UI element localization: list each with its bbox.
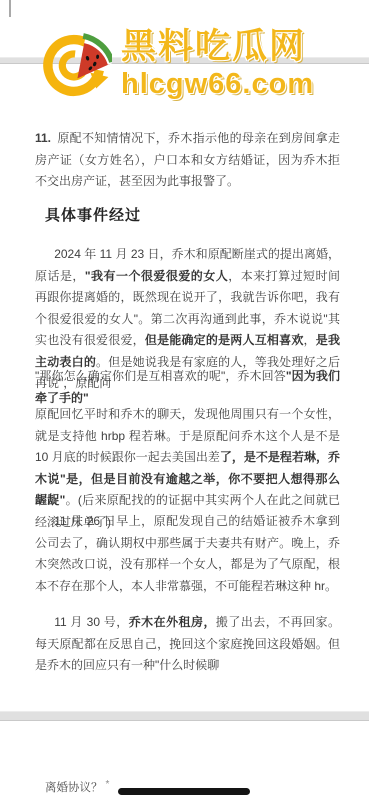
paragraph-holding-hands-quote: "那你怎么确定你们是互相喜欢的呢"，乔木回答"因为我们牵了手的" bbox=[35, 366, 340, 409]
required-marker: * bbox=[106, 779, 110, 790]
list-item-number: 11. bbox=[35, 131, 51, 145]
list-item-text: 原配不知情情况下，乔木指示他的母亲在到房间拿走房产证（女方姓名），户口本和女方结… bbox=[35, 131, 340, 188]
watermelon-logo-icon bbox=[40, 26, 112, 102]
page-edge-tick bbox=[9, 0, 11, 17]
page-gap-divider-bottom bbox=[0, 711, 369, 721]
section-heading: 具体事件经过 bbox=[45, 204, 141, 225]
paragraph-nov-26: 11 月 26 日早上，原配发现自己的结婚证被乔木拿到公司去了，确认期权中那些属… bbox=[35, 511, 340, 597]
paragraph-nov-30: 11 月 30 号，乔木在外租房，搬了出去，不再回家。每天原配都在反思自己，挽回… bbox=[35, 612, 340, 677]
form-field-label: 离婚协议？ bbox=[45, 779, 103, 795]
redacted-answer-bar bbox=[118, 788, 250, 795]
watermark-site-url: hlcgw66.com bbox=[121, 70, 314, 99]
watermark-site-name: 黑料吃瓜网 bbox=[121, 29, 314, 64]
site-watermark: 黑料吃瓜网 hlcgw66.com bbox=[40, 26, 314, 102]
list-item-11: 11.原配不知情情况下，乔木指示他的母亲在到房间拿走房产证（女方姓名），户口本和… bbox=[35, 128, 340, 193]
form-field-row: 离婚协议？ * bbox=[45, 779, 109, 795]
